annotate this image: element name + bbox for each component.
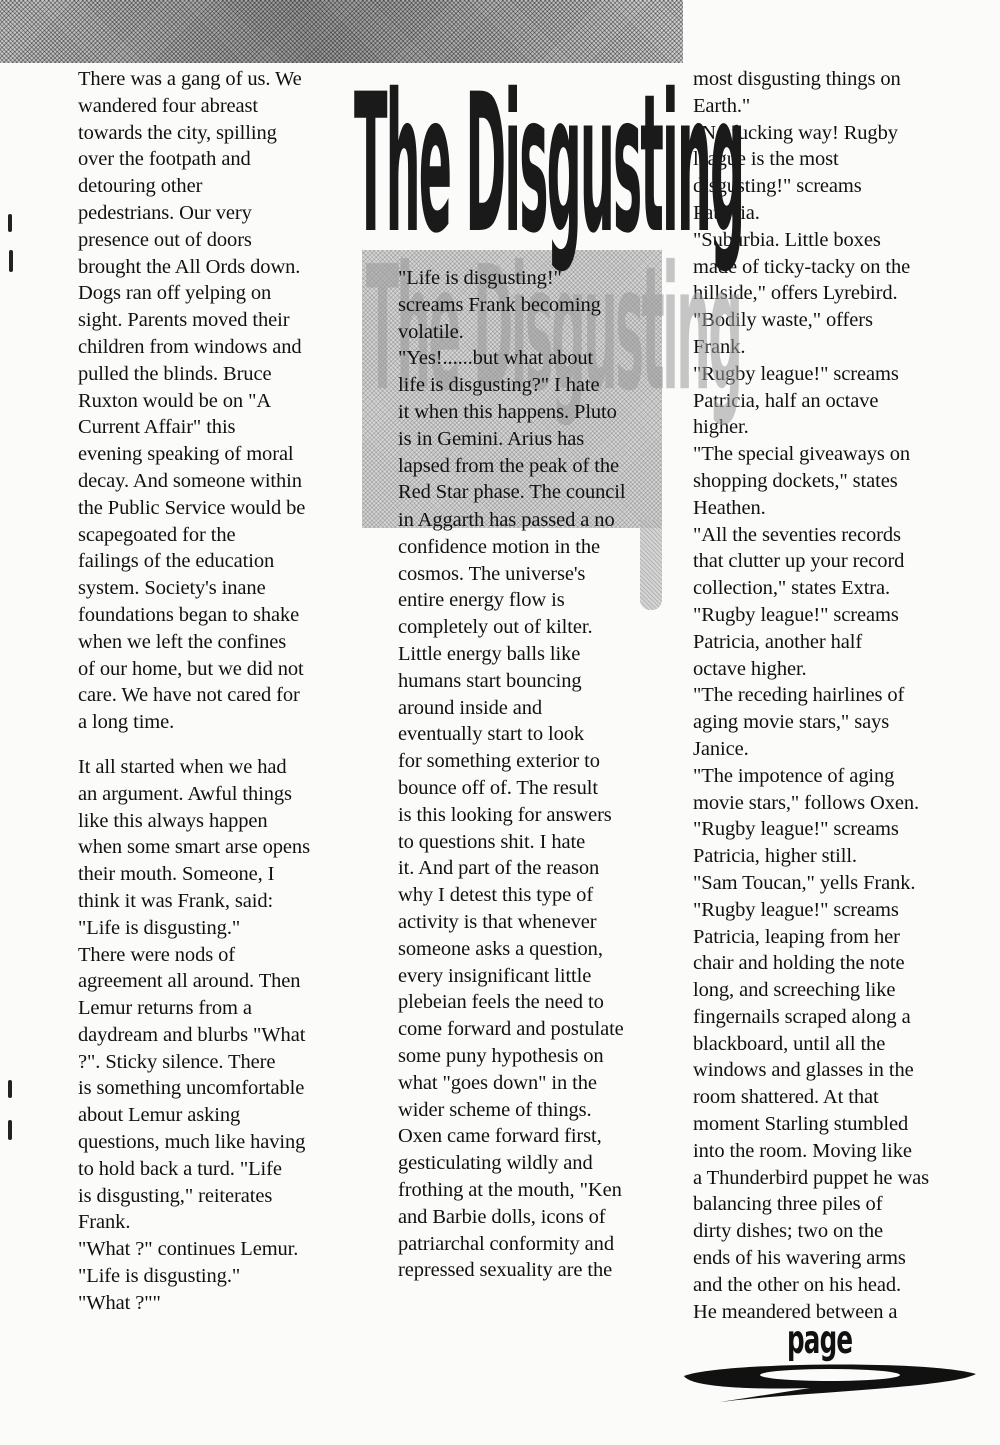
halftone-header-band bbox=[0, 0, 683, 63]
article-column-left: There was a gang of us. We wandered four… bbox=[78, 66, 348, 1317]
article-column-middle-intro: "Life is disgusting!" screams Frank beco… bbox=[398, 265, 668, 506]
page-number-marker: page bbox=[680, 1318, 980, 1398]
stylized-number-9-icon bbox=[680, 1358, 980, 1408]
article-column-middle: in Aggarth has passed a no confidence mo… bbox=[398, 507, 660, 1284]
margin-mark bbox=[8, 1120, 12, 1140]
margin-mark bbox=[8, 214, 12, 232]
page-label: page bbox=[787, 1318, 852, 1364]
paragraph: It all started when we had an argument. … bbox=[78, 754, 348, 1317]
paragraph: There was a gang of us. We wandered four… bbox=[78, 66, 348, 736]
paragraph: "Life is disgusting!" screams Frank beco… bbox=[398, 265, 668, 506]
margin-mark bbox=[8, 1080, 12, 1098]
headline-title: The Disgusting bbox=[354, 56, 743, 277]
paragraph: in Aggarth has passed a no confidence mo… bbox=[398, 507, 660, 1284]
margin-mark bbox=[9, 250, 13, 272]
